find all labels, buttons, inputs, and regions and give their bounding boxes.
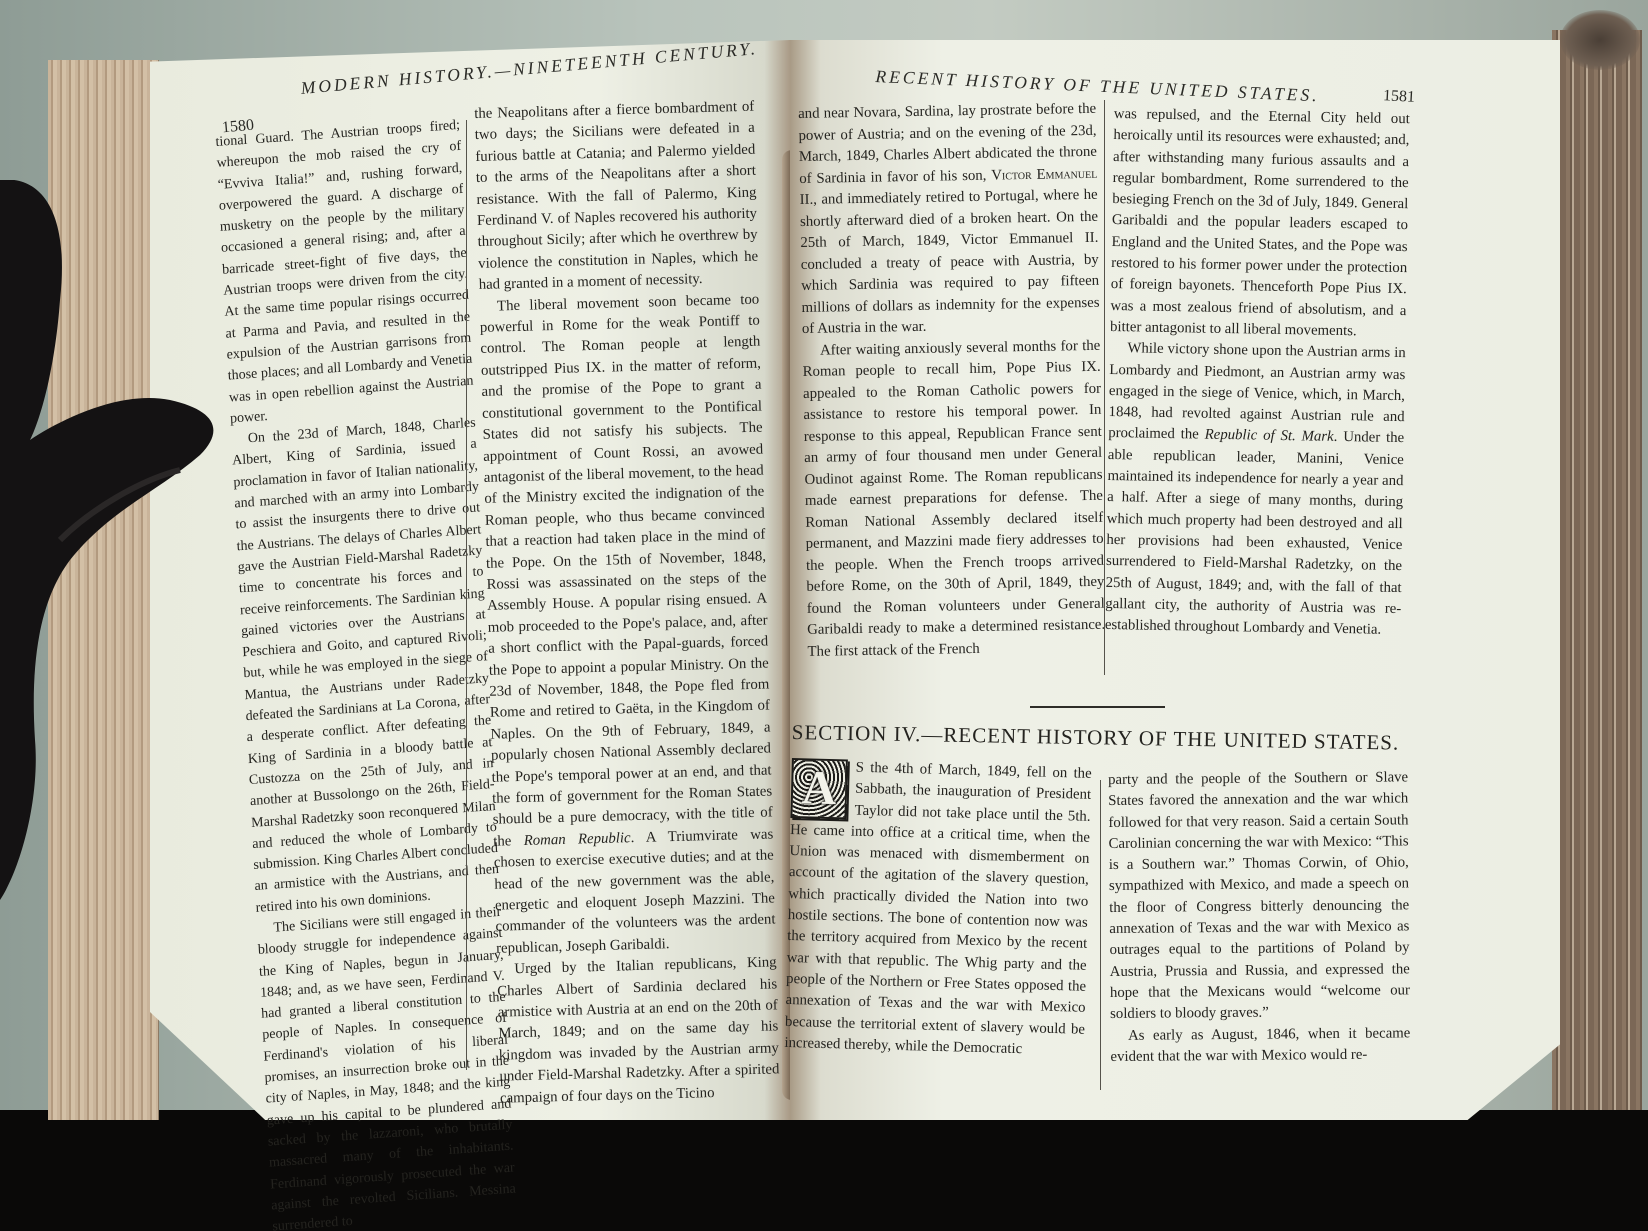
left-page-column-2: the Neapolitans after a fierce bombardme… bbox=[474, 97, 780, 1110]
paragraph: tional Guard. The Austrian troops fired;… bbox=[215, 115, 475, 430]
book-photo: 1580 MODERN HISTORY.—NINETEENTH CENTURY.… bbox=[0, 0, 1648, 1231]
right-page-column-2: was repulsed, and the Eternal City held … bbox=[1105, 104, 1410, 642]
section-column-2: party and the people of the Southern or … bbox=[1108, 767, 1411, 1068]
black-glove-hand bbox=[0, 180, 230, 900]
dark-surface bbox=[0, 1110, 1648, 1231]
section-divider bbox=[1030, 706, 1165, 708]
paragraph: the Neapolitans after a fierce bombardme… bbox=[474, 97, 759, 297]
dust-smudge bbox=[1560, 10, 1640, 70]
ornamental-drop-cap: A bbox=[790, 758, 848, 819]
paragraph: AS the 4th of March, 1849, fell on the S… bbox=[784, 756, 1092, 1062]
paragraph: The Sicilians were still engaged in thei… bbox=[256, 902, 517, 1231]
paragraph: As early as August, 1846, when it became… bbox=[1110, 1023, 1410, 1068]
paragraph: party and the people of the Southern or … bbox=[1108, 767, 1410, 1025]
paragraph: After waiting anxiously several months f… bbox=[802, 335, 1106, 663]
italic-title: Roman Republic bbox=[524, 830, 631, 849]
paragraph: The liberal movement soon became too pow… bbox=[479, 289, 776, 960]
paragraph: While victory shone upon the Austrian ar… bbox=[1105, 338, 1406, 641]
column-rule bbox=[466, 120, 467, 1070]
paragraph: and near Novara, Sardina, lay prostrate … bbox=[798, 99, 1100, 341]
paragraph: Urged by the Italian republicans, King C… bbox=[496, 953, 780, 1110]
page-number-right: 1581 bbox=[1383, 87, 1416, 107]
section-column-1: AS the 4th of March, 1849, fell on the S… bbox=[784, 756, 1092, 1062]
italic-title: Republic of St. Mark bbox=[1205, 427, 1334, 445]
paragraph: was repulsed, and the Eternal City held … bbox=[1110, 104, 1410, 343]
right-page-edges bbox=[1552, 30, 1642, 1110]
paragraph: On the 23d of March, 1848, Charles Alber… bbox=[231, 413, 501, 919]
column-rule bbox=[1100, 780, 1101, 1090]
right-page-column-1: and near Novara, Sardina, lay prostrate … bbox=[798, 99, 1106, 663]
